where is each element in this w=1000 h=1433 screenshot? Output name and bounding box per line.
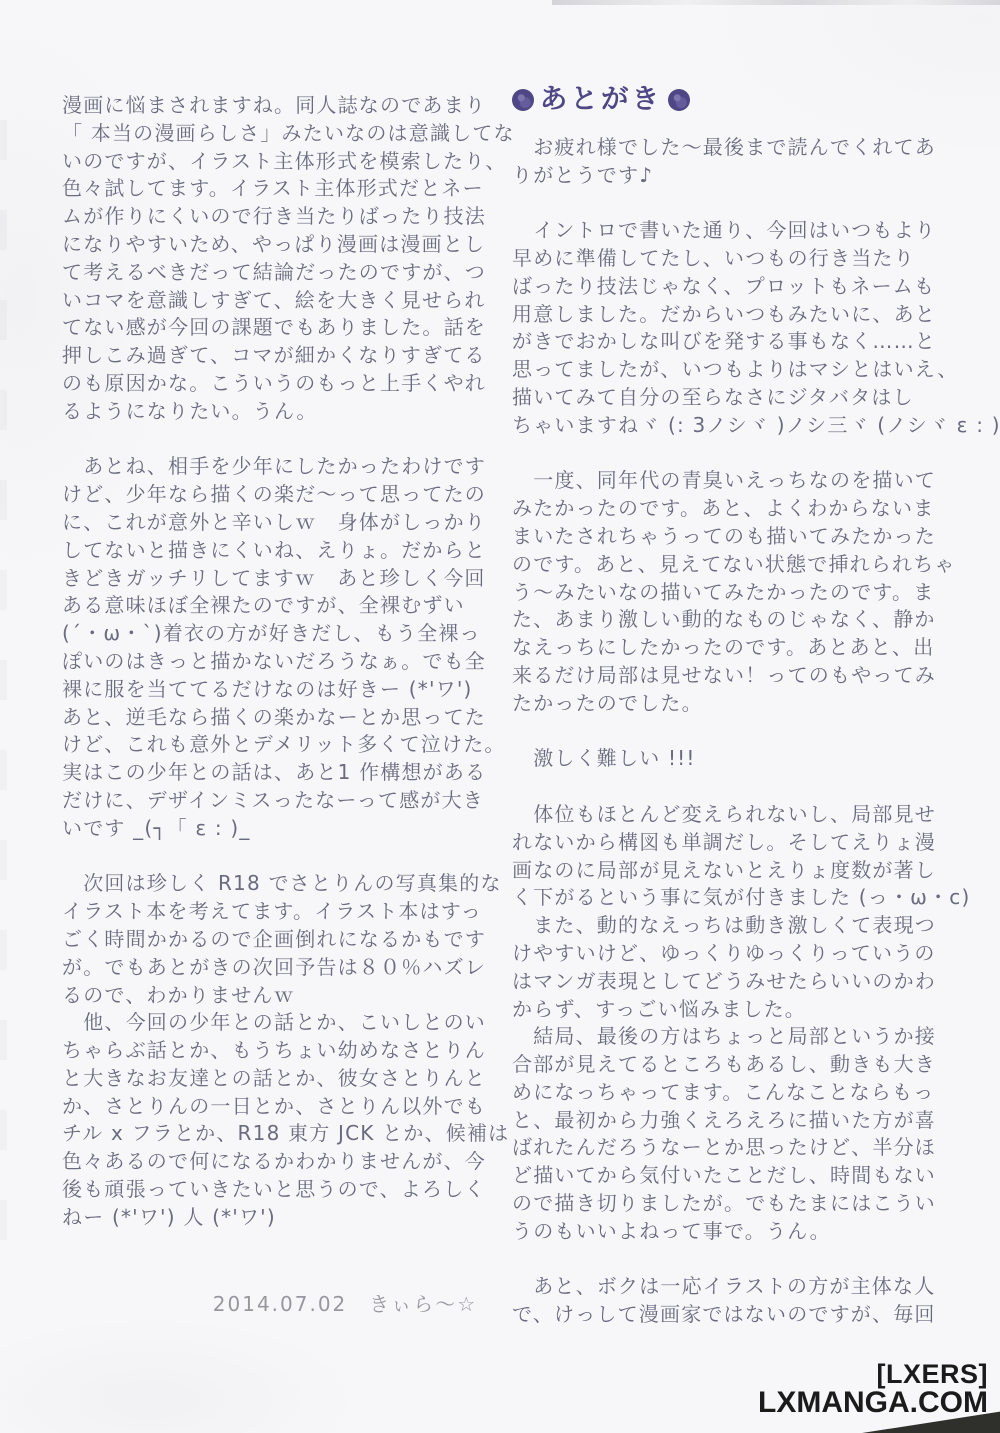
text-line: ムが作りにくいので行き当たりばったり技法 [62, 203, 510, 231]
right-text-column: あとがき お疲れ様でした〜最後まで読んでくれてありがとうです♪ イントロで書いた… [512, 86, 972, 1329]
text-line: のも原因かな。こういうのもっと上手くやれ [62, 370, 510, 398]
text-line: 結局、最後の方はちょっと局部というか接 [512, 1023, 972, 1051]
text-line: 用意しました。だからいつもみたいに、あと [512, 301, 972, 329]
text-line: 後も頑張っていきたいと思うので、よろしく [62, 1176, 510, 1204]
right-column-body: お疲れ様でした〜最後まで読んでくれてありがとうです♪ イントロで書いた通り、今回… [512, 134, 972, 1329]
paragraph: あとね、相手を少年にしたかったわけですけど、少年なら描くの楽だ〜って思ってたのに… [62, 453, 510, 842]
text-line: 描いてみて自分の至らなさにジタバタはし [512, 384, 972, 412]
text-line: イントロで書いた通り、今回はいつもより [512, 217, 972, 245]
text-line: と、最初から力強くえろえろに描いた方が喜 [512, 1107, 972, 1135]
paragraph: あと、ボクは一応イラストの方が主体な人で、けっして漫画家ではないのですが、毎回 [512, 1273, 972, 1329]
text-line: きどきガッチリしてますｗ あと珍しく今回 [62, 565, 510, 593]
text-line: 一度、同年代の青臭いえっちなのを描いて [512, 467, 972, 495]
text-line: く下がるという事に気が付きました (っ・ω・c) [512, 884, 972, 912]
text-line: ばったり技法じゃなく、プロットもネームも [512, 273, 972, 301]
text-line: お疲れ様でした〜最後まで読んでくれてあ [512, 134, 972, 162]
text-line: 次回は珍しく R18 でさとりんの写真集的な [62, 870, 510, 898]
text-line: 合部が見えてるところもあるし、動きも大き [512, 1051, 972, 1079]
text-line: て考えるべきだって結論だったのですが、つ [62, 259, 510, 287]
text-line: けど、これも意外とデメリット多くて泣けた。 [62, 731, 510, 759]
scan-left-edge-artifact [0, 120, 7, 1270]
text-line: 来るだけ局部は見せない！ってのもやってみ [512, 662, 972, 690]
text-line: まいたされちゃうってのも描いてみたかった [512, 523, 972, 551]
text-line: けやすいけど、ゆっくりゆっくりっていうの [512, 940, 972, 968]
text-line: めになっちゃってます。こんなことならもっ [512, 1079, 972, 1107]
afterword-title-text: あとがき [540, 86, 662, 114]
text-line: 激しく難しい !!! [512, 745, 972, 773]
paragraph: 激しく難しい !!! [512, 745, 972, 773]
paragraph: 体位もほとんど変えられないし、局部見せれないから構図も単調だし。そしてえりょ漫画… [512, 801, 972, 1246]
text-line: 思ってましたが、いつもよりはマシとはいえ、 [512, 356, 972, 384]
text-line: 「 本当の漫画らしさ」みたいなのは意識してな [62, 120, 510, 148]
text-line: みたかったのです。あと、よくわからないま [512, 495, 972, 523]
text-line: ねー (*'ワ') 人 (*'ワ') [62, 1204, 510, 1232]
text-line: 色々あるので何になるかわかりませんが、今 [62, 1148, 510, 1176]
text-line: 裸に服を当ててるだけなのは好きー (*'ワ') [62, 676, 510, 704]
text-line: りがとうです♪ [512, 162, 972, 190]
left-text-column: 漫画に悩まされますね。同人誌なのであまり「 本当の漫画らしさ」みたいなのは意識し… [62, 92, 510, 1232]
text-line: なえっちにしたかったのです。あとあと、出 [512, 634, 972, 662]
paragraph: イントロで書いた通り、今回はいつもより早めに準備してたし、いつもの行き当たりばっ… [512, 217, 972, 439]
swirl-circle-icon [668, 89, 690, 111]
text-line: いのですが、イラスト主体形式を模索したり、 [62, 148, 510, 176]
text-line: いです _(┐「 ε : )_ [62, 815, 510, 843]
text-line: ばれたんだろうなーとか思ったけど、半分ほ [512, 1134, 972, 1162]
text-line: あと、ボクは一応イラストの方が主体な人 [512, 1273, 972, 1301]
text-line: してないと描きにくいね、えりょ。だからと [62, 537, 510, 565]
text-line: う〜みたいなの描いてみたかったのです。ま [512, 579, 972, 607]
text-line: がきでおかしな叫びを発する事もなく……と [512, 328, 972, 356]
text-line: か、さとりんの一日とか、さとりん以外でも [62, 1093, 510, 1121]
text-line: 実はこの少年との話は、あと1 作構想がある [62, 759, 510, 787]
text-line: うのもいいよねって事で。うん。 [512, 1218, 972, 1246]
text-line: るようになりたい。うん。 [62, 398, 510, 426]
text-line: になりやすいため、やっぱり漫画は漫画とし [62, 231, 510, 259]
text-line: チル x フラとか、R18 東方 JCK とか、候補は [62, 1120, 510, 1148]
text-line: からず、すっごい悩みました。 [512, 996, 972, 1024]
text-line: ちゃらぶ話とか、もうちょい幼めなさとりん [62, 1037, 510, 1065]
swirl-circle-icon [512, 89, 534, 111]
text-line: ので描き切りましたが。でもたまにはこうい [512, 1190, 972, 1218]
watermark: [LXERS] LXMANGA.COM [758, 1361, 988, 1419]
text-line: 早めに準備してたし、いつもの行き当たり [512, 245, 972, 273]
text-line: れないから構図も単調だし。そしてえりょ漫 [512, 829, 972, 857]
paragraph: 漫画に悩まされますね。同人誌なのであまり「 本当の漫画らしさ」みたいなのは意識し… [62, 92, 510, 426]
text-line: はマンガ表現としてどうみせたらいいのかわ [512, 968, 972, 996]
text-line: に、これが意外と辛いしｗ 身体がしっかり [62, 509, 510, 537]
text-line: だけに、デザインミスったなーって感が大き [62, 787, 510, 815]
text-line: 体位もほとんど変えられないし、局部見せ [512, 801, 972, 829]
paragraph: お疲れ様でした〜最後まで読んでくれてありがとうです♪ [512, 134, 972, 190]
text-line: 色々試してます。イラスト主体形式だとネー [62, 175, 510, 203]
text-line: 他、今回の少年との話とか、こいしとのい [62, 1009, 510, 1037]
scan-top-edge-artifact [552, 0, 1000, 5]
text-line: あとね、相手を少年にしたかったわけです [62, 453, 510, 481]
text-line: イラスト本を考えてます。イラスト本はすっ [62, 898, 510, 926]
text-line: 漫画に悩まされますね。同人誌なのであまり [62, 92, 510, 120]
text-line: 押しこみ過ぎて、コマが細かくなりすぎてる [62, 342, 510, 370]
text-line: ある意味ほぼ全裸たのですが、全裸むずい [62, 592, 510, 620]
text-line: のです。あと、見えてない状態で挿れられちゃ [512, 551, 972, 579]
text-line: また、動的なえっちは動き激しくて表現つ [512, 912, 972, 940]
text-line: と大きなお友達との話とか、彼女さとりんと [62, 1065, 510, 1093]
text-line: けど、少年なら描くの楽だ〜って思ってたの [62, 481, 510, 509]
text-line: るので、わかりませんｗ [62, 982, 510, 1010]
afterword-title: あとがき [512, 86, 972, 114]
text-line: ちゃいますねヾ (: 3ノシヾ )ノシ三ヾ (ノシヾ ε : )ノ [512, 412, 972, 440]
text-line: てない感が今回の課題でもありました。話を [62, 314, 510, 342]
text-line: た、あまり激しい動的なものじゃなく、静か [512, 606, 972, 634]
scanned-afterword-page: 漫画に悩まされますね。同人誌なのであまり「 本当の漫画らしさ」みたいなのは意識し… [0, 0, 1000, 1433]
text-line: が。でもあとがきの次回予告は８０％ハズレ [62, 954, 510, 982]
watermark-site-name: LXMANGA.COM [758, 1388, 988, 1419]
text-line: いコマを意識しすぎて、絵を大きく見せられ [62, 287, 510, 315]
paragraph: 一度、同年代の青臭いえっちなのを描いてみたかったのです。あと、よくわからないまま… [512, 467, 972, 717]
text-line: (´・ω・`)着衣の方が好きだし、もう全裸っ [62, 620, 510, 648]
text-line: ど描いてから気付いたことだし、時間もない [512, 1162, 972, 1190]
text-line: あと、逆毛なら描くの楽かなーとか思ってた [62, 704, 510, 732]
text-line: 画なのに局部が見えないとえりょ度数が著し [512, 857, 972, 885]
watermark-group-name: [LXERS] [758, 1361, 988, 1389]
text-line: たかったのでした。 [512, 690, 972, 718]
signature-date: 2014.07.02 きぃら〜☆ [175, 1288, 515, 1317]
text-line: で、けっして漫画家ではないのですが、毎回 [512, 1301, 972, 1329]
text-line: ぽいのはきっと描かないだろうなぁ。でも全 [62, 648, 510, 676]
paragraph: 次回は珍しく R18 でさとりんの写真集的なイラスト本を考えてます。イラスト本は… [62, 870, 510, 1231]
text-line: ごく時間かかるので企画倒れになるかもです [62, 926, 510, 954]
